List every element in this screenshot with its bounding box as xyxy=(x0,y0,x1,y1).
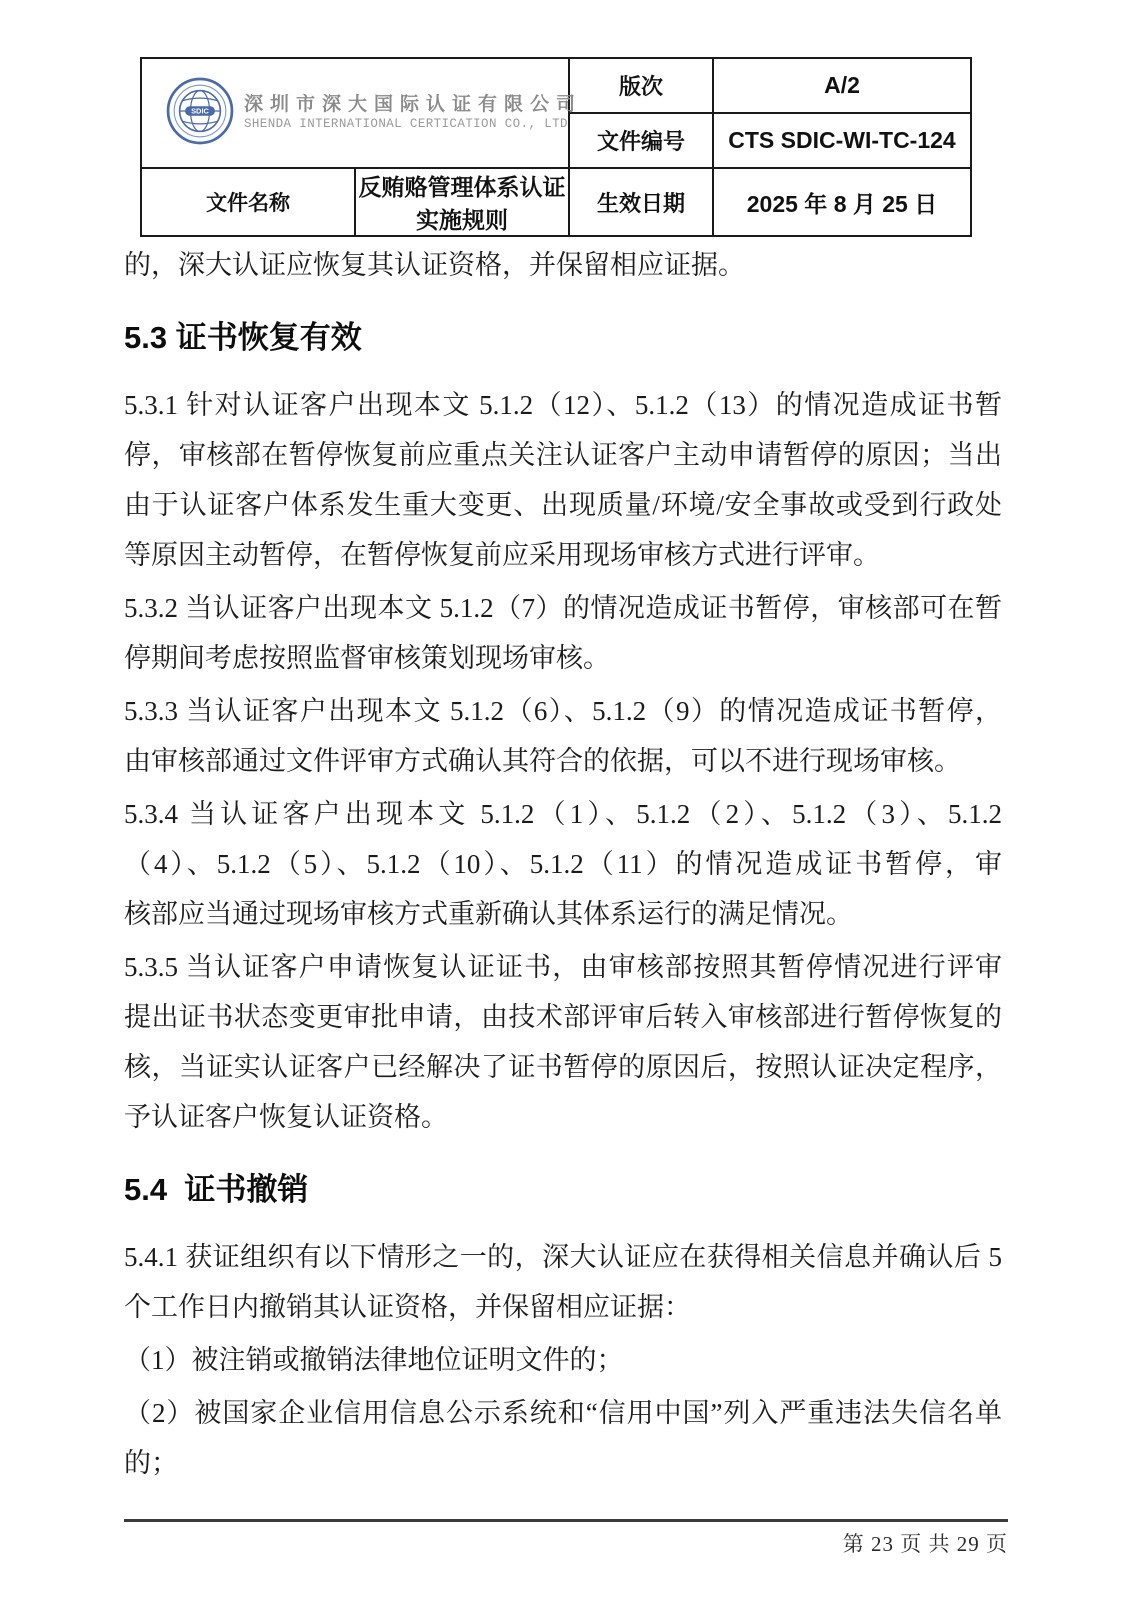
clause-5-3-2: 5.3.2 当认证客户出现本文 5.1.2（7）的情况造成证书暂停，审核部可在暂… xyxy=(124,583,1002,683)
clause-5-3-1-line-4: 等原因主动暂停，在暂停恢复前应采用现场审核方式进行评审。 xyxy=(124,530,1002,580)
clause-5-3-1-line-2: 停，审核部在暂停恢复前应重点关注认证客户主动申请暂停的原因；当出现 xyxy=(124,430,1002,480)
page-number: 第 23 页 共 29 页 xyxy=(124,1522,1008,1558)
clause-5-3-3-line-2: 由审核部通过文件评审方式确认其符合的依据，可以不进行现场审核。 xyxy=(124,736,1002,786)
doc-number-label: 文件编号 xyxy=(569,113,713,168)
document-body: 的，深大认证应恢复其认证资格，并保留相应证据。5.3 证书恢复有效5.3.1 针… xyxy=(124,240,1002,1491)
clause-5-3-5-line-2: 提出证书状态变更审批申请，由技术部评审后转入审核部进行暂停恢复的审 xyxy=(124,992,1002,1042)
clause-5-3-5-line-3: 核，当证实认证客户已经解决了证书暂停的原因后，按照认证决定程序，给 xyxy=(124,1042,1002,1092)
item-1: （1）被注销或撤销法律地位证明文件的； xyxy=(124,1335,1002,1385)
clause-5-3-5-line-1: 5.3.5 当认证客户申请恢复认证证书，由审核部按照其暂停情况进行评审后， xyxy=(124,942,1002,992)
clause-5-4-1: 5.4.1 获证组织有以下情形之一的，深大认证应在获得相关信息并确认后 5个工作… xyxy=(124,1232,1002,1332)
company-logo-globe-icon: SDIC xyxy=(166,77,234,150)
item-2-line-1: （2）被国家企业信用信息公示系统和“信用中国”列入严重违法失信名单 xyxy=(124,1388,1002,1438)
clause-5-3-2-line-2: 停期间考虑按照监督审核策划现场审核。 xyxy=(124,633,1002,683)
clause-5-4-1-line-2: 个工作日内撤销其认证资格，并保留相应证据： xyxy=(124,1282,1002,1332)
svg-text:SDIC: SDIC xyxy=(191,106,209,115)
header-table: SDIC 深圳市深大国际认证有限公司 SHENDA INTERNATIONAL … xyxy=(140,57,972,237)
company-header-cell: SDIC 深圳市深大国际认证有限公司 SHENDA INTERNATIONAL … xyxy=(141,58,569,168)
clause-5-3-2-line-1: 5.3.2 当认证客户出现本文 5.1.2（7）的情况造成证书暂停，审核部可在暂 xyxy=(124,583,1002,633)
section-5-4-heading: 5.4 证书撤销 xyxy=(124,1169,1002,1211)
clause-5-3-5-line-4: 予认证客户恢复认证资格。 xyxy=(124,1092,1002,1142)
clause-5-3-1: 5.3.1 针对认证客户出现本文 5.1.2（12）、5.1.2（13）的情况造… xyxy=(124,380,1002,580)
version-value: A/2 xyxy=(713,58,971,113)
continuation-paragraph: 的，深大认证应恢复其认证资格，并保留相应证据。 xyxy=(124,240,1002,290)
clause-5-4-1-line-1: 5.4.1 获证组织有以下情形之一的，深大认证应在获得相关信息并确认后 5 xyxy=(124,1232,1002,1282)
clause-5-3-4-line-1: 5.3.4 当认证客户出现本文 5.1.2（1）、5.1.2（2）、5.1.2（… xyxy=(124,789,1002,839)
item-2-line-2: 的； xyxy=(124,1438,1002,1488)
company-name-chinese: 深圳市深大国际认证有限公司 xyxy=(244,93,582,117)
clause-5-3-5: 5.3.5 当认证客户申请恢复认证证书，由审核部按照其暂停情况进行评审后，提出证… xyxy=(124,942,1002,1142)
version-label: 版次 xyxy=(569,58,713,113)
section-5-3-heading: 5.3 证书恢复有效 xyxy=(124,317,1002,359)
clause-5-3-4-line-2: （4）、5.1.2（5）、5.1.2（10）、5.1.2（11）的情况造成证书暂… xyxy=(124,839,1002,889)
clause-5-3-3-line-1: 5.3.3 当认证客户出现本文 5.1.2（6）、5.1.2（9）的情况造成证书… xyxy=(124,686,1002,736)
item-1-line-1: （1）被注销或撤销法律地位证明文件的； xyxy=(124,1335,1002,1385)
footer: 第 23 页 共 29 页 xyxy=(124,1519,1008,1558)
doc-name-value: 反贿赂管理体系认证实施规则 xyxy=(355,168,569,236)
item-2: （2）被国家企业信用信息公示系统和“信用中国”列入严重违法失信名单的； xyxy=(124,1388,1002,1488)
document-page: SDIC 深圳市深大国际认证有限公司 SHENDA INTERNATIONAL … xyxy=(0,0,1131,1600)
clause-5-3-4-line-3: 核部应当通过现场审核方式重新确认其体系运行的满足情况。 xyxy=(124,889,1002,939)
doc-number-value: CTS SDIC-WI-TC-124 xyxy=(713,113,971,168)
doc-name-label: 文件名称 xyxy=(141,168,355,236)
clause-5-3-4: 5.3.4 当认证客户出现本文 5.1.2（1）、5.1.2（2）、5.1.2（… xyxy=(124,789,1002,939)
clause-5-3-1-line-1: 5.3.1 针对认证客户出现本文 5.1.2（12）、5.1.2（13）的情况造… xyxy=(124,380,1002,430)
clause-5-3-1-line-3: 由于认证客户体系发生重大变更、出现质量/环境/安全事故或受到行政处罚 xyxy=(124,480,1002,530)
effective-date-label: 生效日期 xyxy=(569,168,713,236)
effective-date-value: 2025 年 8 月 25 日 xyxy=(713,168,971,236)
continuation-paragraph-line-1: 的，深大认证应恢复其认证资格，并保留相应证据。 xyxy=(124,240,1002,290)
clause-5-3-3: 5.3.3 当认证客户出现本文 5.1.2（6）、5.1.2（9）的情况造成证书… xyxy=(124,686,1002,786)
company-name-english: SHENDA INTERNATIONAL CERTICATION CO., LT… xyxy=(244,117,582,133)
